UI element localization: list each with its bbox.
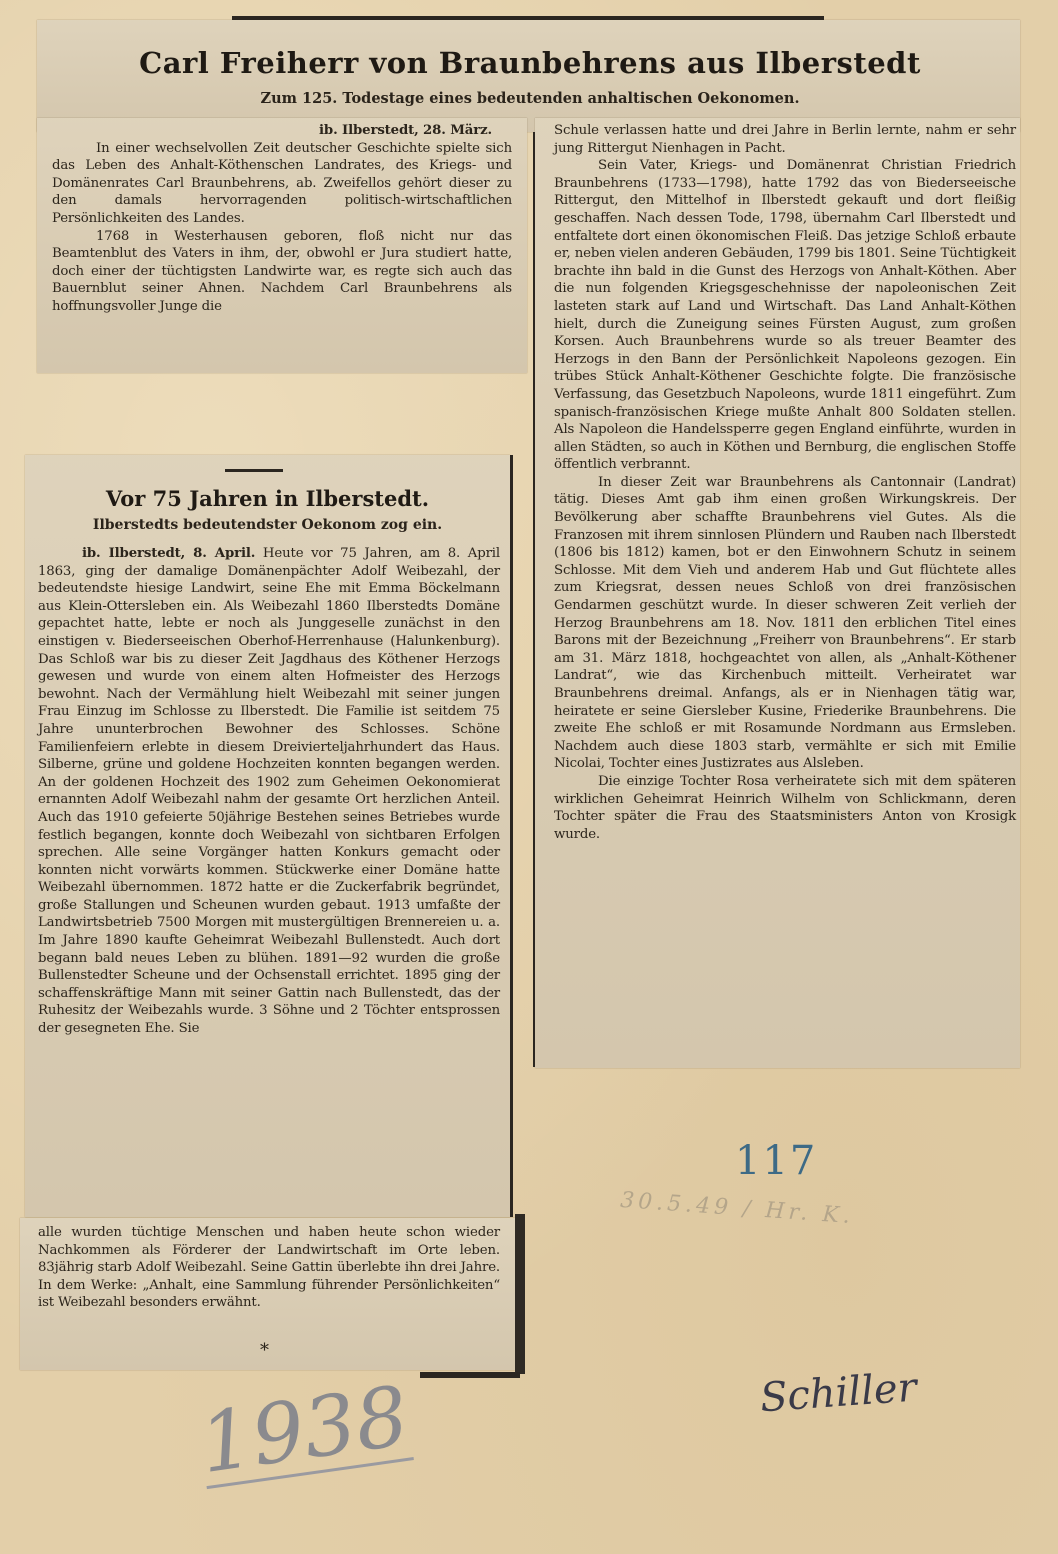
- top-rule: [232, 16, 824, 20]
- article2-body-part1: ib. Ilberstedt, 8. April. Heute vor 75 J…: [38, 545, 500, 1038]
- pencil-date-annotation: 30.5.49 / Hr. K.: [619, 1188, 854, 1229]
- article2-paragraph: ib. Ilberstedt, 8. April. Heute vor 75 J…: [38, 545, 500, 1038]
- article1-subheadline: Zum 125. Todestage eines bedeutenden anh…: [40, 90, 1020, 107]
- article2-headline: Vor 75 Jahren in Ilberstedt.: [25, 486, 510, 511]
- article1-right-column: Schule verlassen hatte und drei Jahre in…: [554, 122, 1016, 843]
- article1-headline: Carl Freiherr von Braunbehrens aus Ilber…: [40, 46, 1020, 80]
- article1-paragraph: 1768 in Westerhausen geboren, floß nicht…: [52, 228, 512, 316]
- end-mark: *: [260, 1340, 269, 1361]
- year-annotation: 1938: [195, 1376, 413, 1489]
- continuation-side-rule: [515, 1214, 525, 1374]
- article2-dateline: ib. Ilberstedt, 8. April.: [82, 546, 255, 561]
- article2-short-rule: [225, 469, 283, 472]
- article2-body-part2: alle wurden tüchtige Menschen und haben …: [38, 1224, 500, 1312]
- article1-dateline: ib. Ilberstedt, 28. März.: [52, 122, 512, 140]
- article1-paragraph: In einer wechselvollen Zeit deutscher Ge…: [52, 140, 512, 228]
- article1-paragraph: Sein Vater, Kriegs- und Domänenrat Chris…: [554, 157, 1016, 474]
- article2-subheadline: Ilberstedts bedeutendster Oekonom zog ei…: [25, 517, 510, 533]
- column-rule: [533, 132, 535, 1067]
- page-number-annotation: 117: [735, 1138, 817, 1184]
- article2-right-rule: [510, 455, 513, 1217]
- article2-body-text: Heute vor 75 Jahren, am 8. April 1863, g…: [38, 546, 500, 1036]
- signature-annotation: Schiller: [759, 1365, 919, 1422]
- article1-left-column: ib. Ilberstedt, 28. März. In einer wechs…: [52, 122, 512, 316]
- bottom-rule-fragment: [420, 1372, 520, 1378]
- article2-paragraph: alle wurden tüchtige Menschen und haben …: [38, 1224, 500, 1312]
- article1-paragraph: Schule verlassen hatte und drei Jahre in…: [554, 122, 1016, 157]
- article1-paragraph: In dieser Zeit war Braunbehrens als Cant…: [554, 474, 1016, 773]
- article1-paragraph: Die einzige Tochter Rosa verheiratete si…: [554, 773, 1016, 843]
